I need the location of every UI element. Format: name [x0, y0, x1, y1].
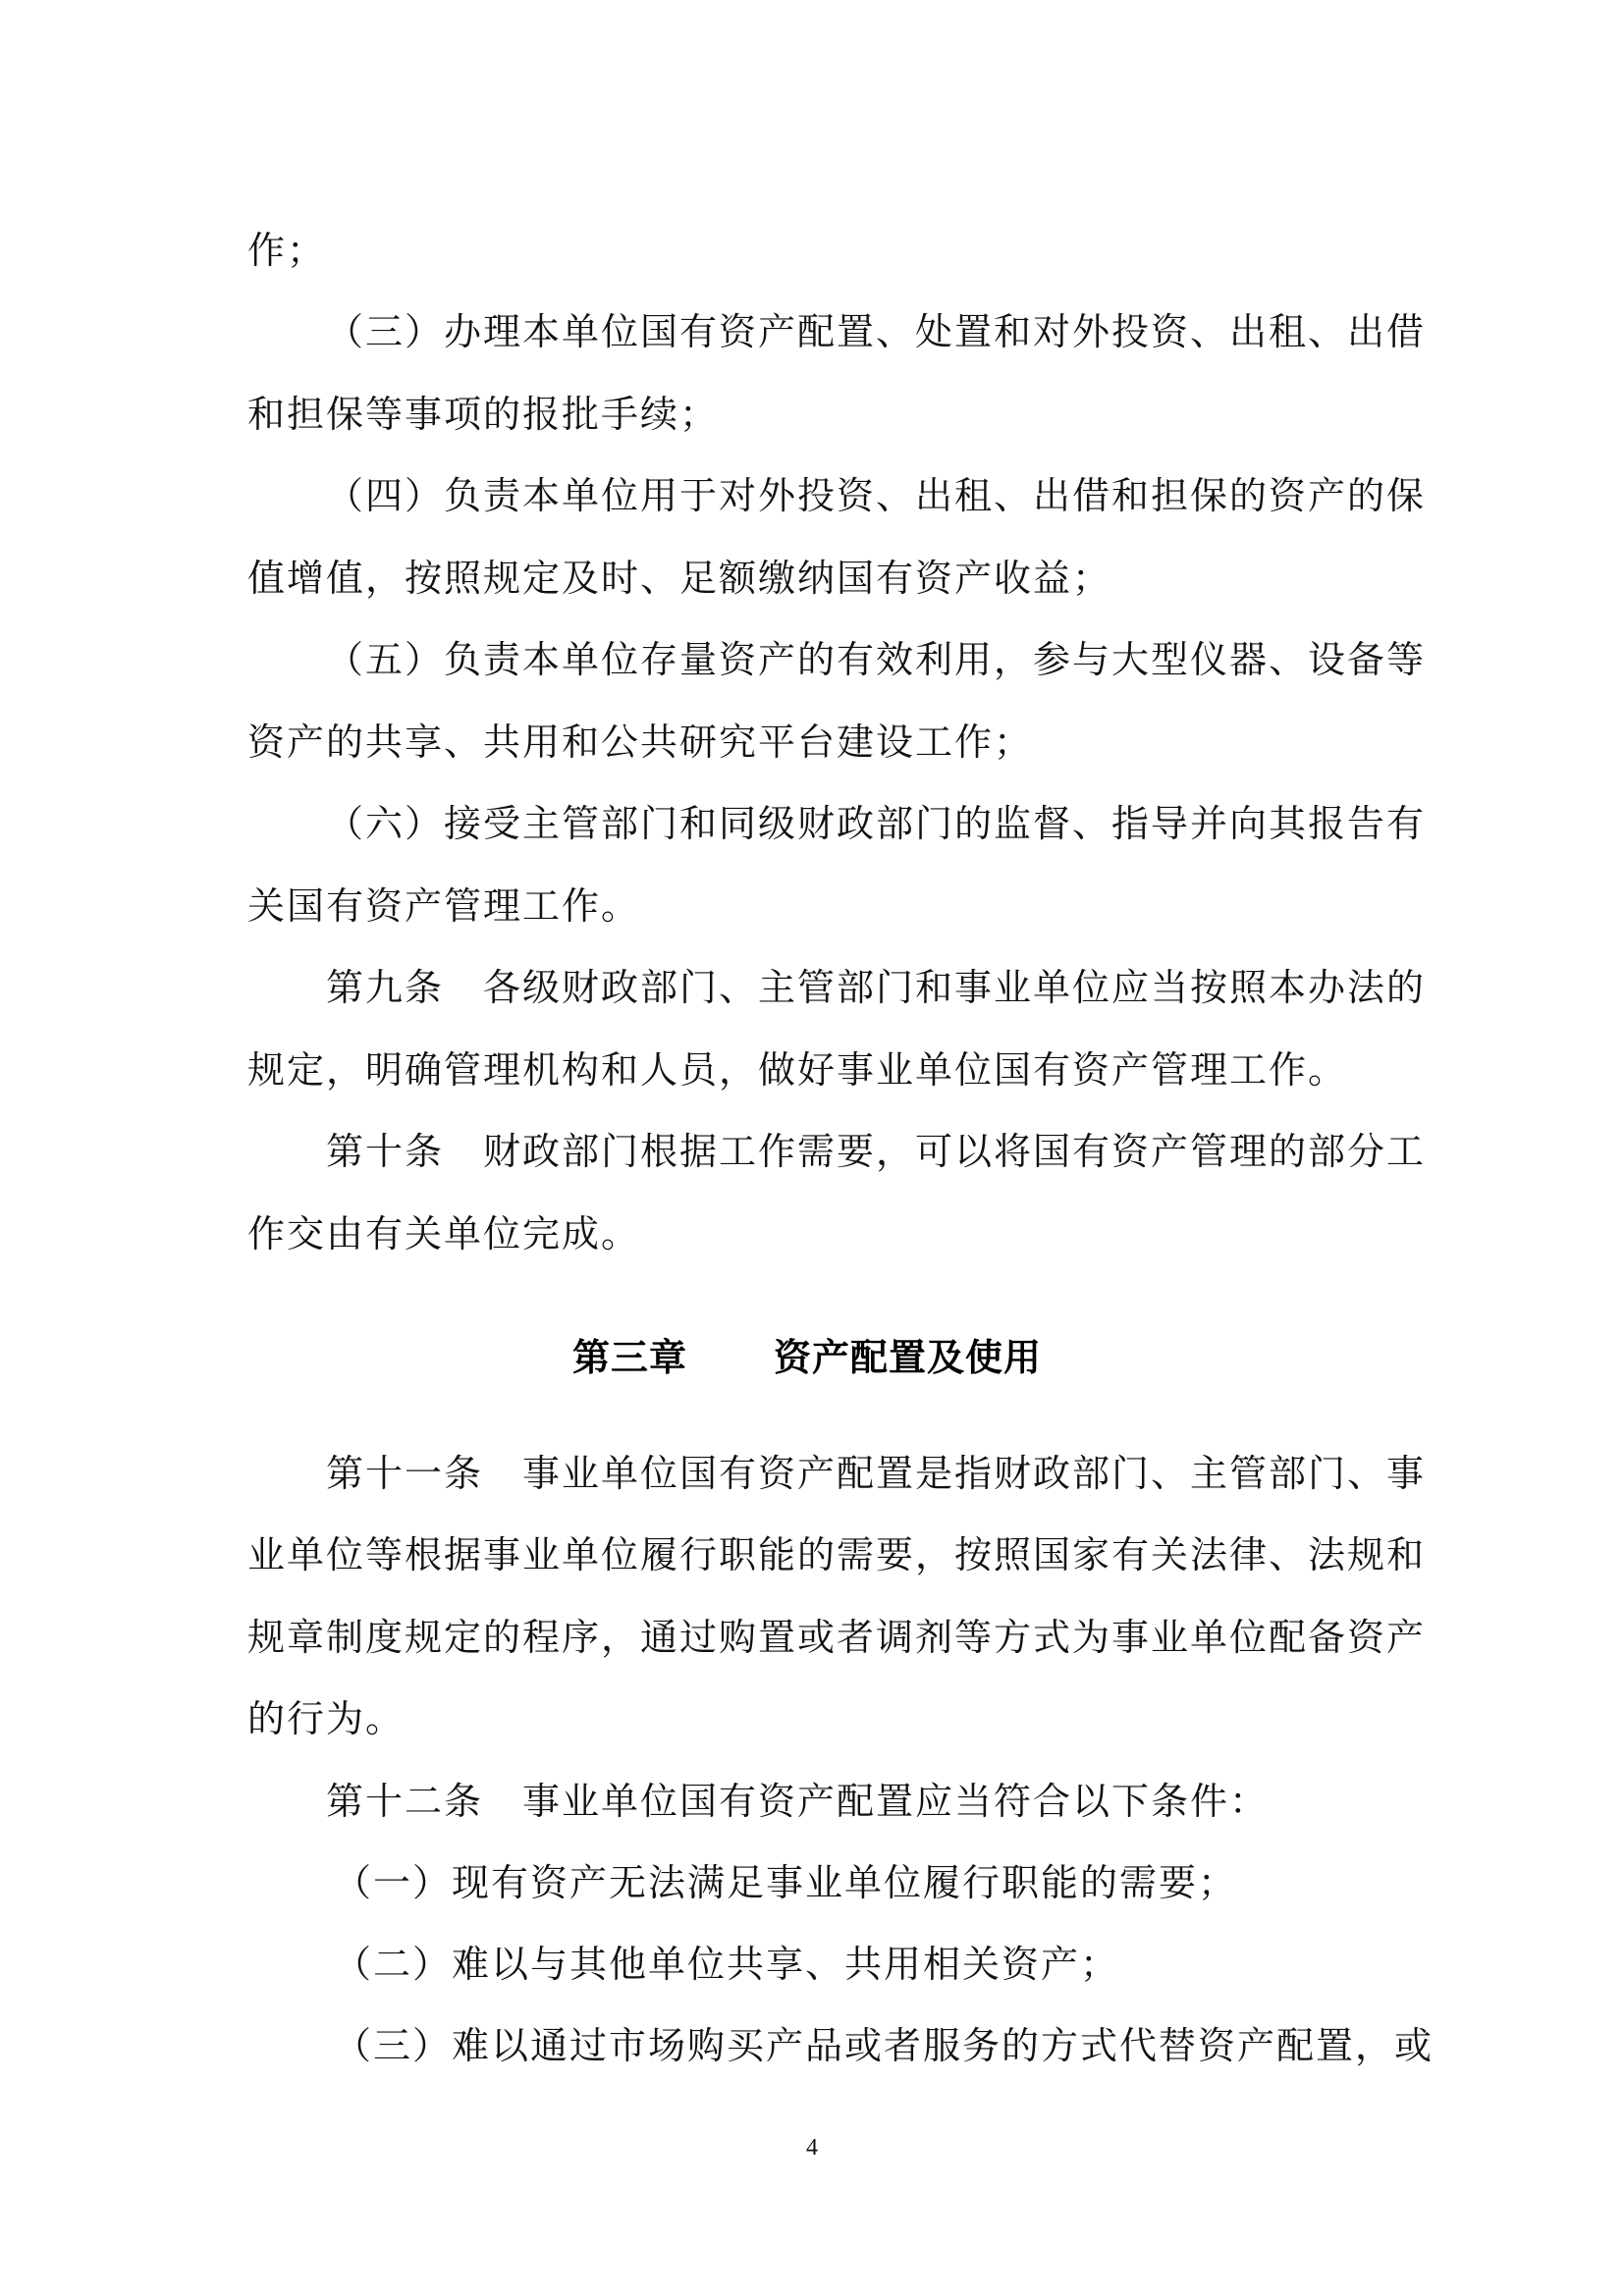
text-line: 规定，明确管理机构和人员，做好事业单位国有资产管理工作。: [247, 1045, 1347, 1095]
text-line: （五）负责本单位存量资产的有效利用，参与大型仪器、设备等: [326, 635, 1375, 684]
text-line: 和担保等事项的报批手续；: [247, 390, 719, 439]
text-line: 资产的共享、共用和公共研究平台建设工作；: [247, 718, 1033, 767]
text-line: 作交由有关单位完成。: [247, 1209, 640, 1258]
page-number: 4: [0, 2134, 1624, 2162]
document-page: 作； （三）办理本单位国有资产配置、处置和对外投资、出租、出借 和担保等事项的报…: [0, 0, 1624, 2296]
text-line: 的行为。: [247, 1694, 405, 1743]
article-10-line: 第十条 财政部门根据工作需要，可以将国有资产管理的部分工: [326, 1127, 1375, 1176]
chapter-number: 第三章: [572, 1333, 687, 1382]
text-line: （六）接受主管部门和同级财政部门的监督、指导并向其报告有: [326, 799, 1375, 848]
list-item: （一）现有资产无法满足事业单位履行职能的需要；: [334, 1858, 1237, 1907]
text-line: 作；: [247, 226, 326, 275]
article-12-line: 第十二条 事业单位国有资产配置应当符合以下条件：: [326, 1777, 1269, 1826]
list-item: （二）难以与其他单位共享、共用相关资产；: [334, 1940, 1119, 1989]
text-line: 规章制度规定的程序，通过购置或者调剂等方式为事业单位配备资产: [247, 1613, 1375, 1662]
text-line: （三）办理本单位国有资产配置、处置和对外投资、出租、出借: [326, 307, 1375, 356]
chapter-heading: 第三章 资产配置及使用: [0, 1333, 1624, 1382]
article-9-line: 第九条 各级财政部门、主管部门和事业单位应当按照本办法的: [326, 963, 1375, 1012]
text-line: （四）负责本单位用于对外投资、出租、出借和担保的资产的保: [326, 471, 1375, 520]
article-11-line: 第十一条 事业单位国有资产配置是指财政部门、主管部门、事: [326, 1449, 1375, 1498]
text-line: 业单位等根据事业单位履行职能的需要，按照国家有关法律、法规和: [247, 1530, 1375, 1579]
text-line: 值增值，按照规定及时、足额缴纳国有资产收益；: [247, 554, 1111, 603]
chapter-title: 资产配置及使用: [774, 1333, 1042, 1382]
text-line: 关国有资产管理工作。: [247, 881, 640, 931]
list-item: （三）难以通过市场购买产品或者服务的方式代替资产配置，或: [334, 2021, 1375, 2070]
